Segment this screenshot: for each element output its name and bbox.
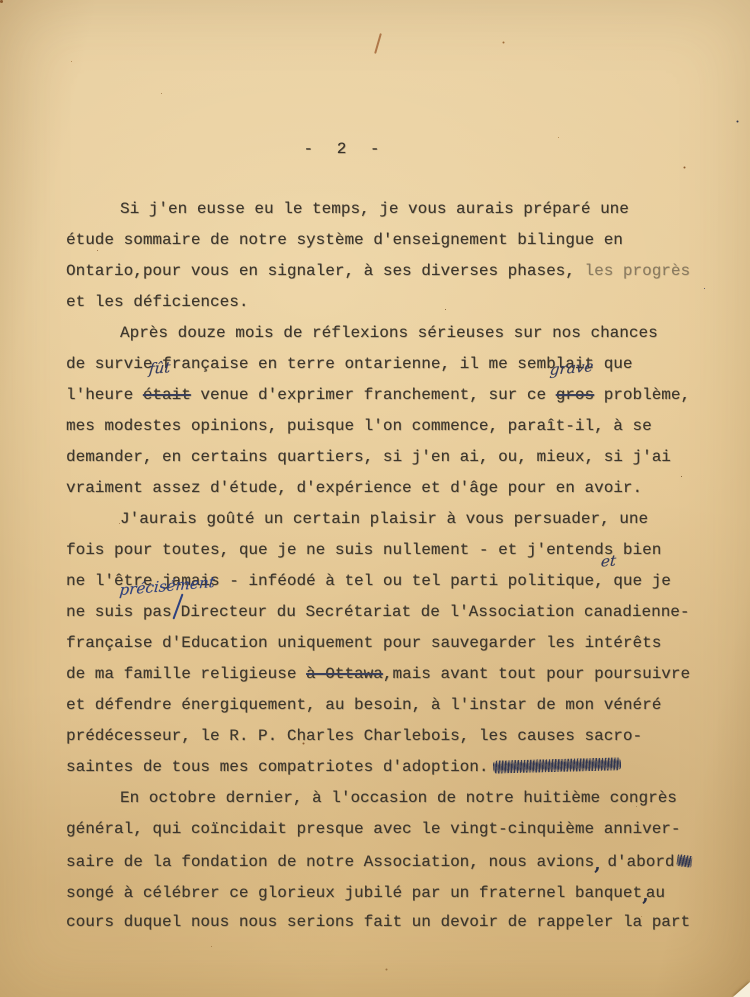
typed-line: saire de la fondation de notre Associati… — [66, 845, 726, 876]
typed-line: prédécesseur, le R. P. Charles Charleboi… — [66, 721, 726, 752]
typed-text: fois pour toutes, que je ne suis nulleme… — [66, 541, 661, 559]
typed-body: Si j'en eusse eu le temps, je vous aurai… — [66, 194, 726, 938]
document-page: - 2 - Si j'en eusse eu le temps, je vous… — [0, 0, 750, 997]
pen-slash-mark — [374, 33, 382, 54]
typed-line: J'aurais goûté un certain plaisir à vous… — [66, 504, 726, 535]
handwritten-comma: , — [594, 853, 598, 875]
typed-text: et défendre énergiquement, au besoin, à … — [66, 696, 661, 714]
typed-text: Si j'en eusse eu le temps, je vous aurai… — [120, 200, 629, 218]
typed-text: et les déficiences. — [66, 293, 248, 311]
ink-insertion-slash — [172, 601, 181, 621]
handwritten-comma: , — [642, 884, 646, 906]
typed-line: général, qui coïncidait presque avec le … — [66, 814, 726, 845]
typed-text: Après douze mois de réflexions sérieuses… — [120, 324, 658, 342]
typed-text: saire de la fondation de notre Associati… — [66, 853, 594, 871]
typed-text: mes modestes opinions, puisque l'on comm… — [66, 417, 652, 435]
typed-line: Ontario,pour vous en signaler, à ses div… — [66, 256, 726, 287]
typed-text: J'aurais goûté un certain plaisir à vous… — [120, 510, 648, 528]
typed-line: cours duquel nous nous serions fait un d… — [66, 907, 726, 938]
handwritten-annotation: fût — [147, 352, 171, 385]
struck-typed-text: à Ottawa — [306, 665, 383, 683]
typed-text: Directeur du Secrétariat de l'Associatio… — [181, 603, 690, 621]
typed-text: vraiment assez d'étude, d'expérience et … — [66, 479, 642, 497]
typed-line: Après douze mois de réflexions sérieuses… — [66, 318, 726, 349]
typed-line: fois pour toutes, que je ne suis nulleme… — [66, 535, 726, 566]
typed-line: française d'Education uniquement pour sa… — [66, 628, 726, 659]
typed-text: problème, — [594, 386, 690, 404]
ink-scribble-small — [676, 854, 693, 868]
typed-line: ne suis pasprécisémentDirecteur du Secré… — [66, 597, 726, 628]
ink-scribble — [493, 757, 621, 773]
typed-text: d'abord — [598, 853, 675, 871]
struck-typed-text: gros — [556, 386, 594, 404]
struck-typed-text: était — [143, 386, 191, 404]
typed-line: vraiment assez d'étude, d'expérience et … — [66, 473, 726, 504]
handwritten-annotation: grave — [548, 351, 594, 386]
typed-text: cours duquel nous nous serions fait un d… — [66, 913, 690, 931]
typed-text: saintes de tous mes compatriotes d'adopt… — [66, 758, 488, 776]
handwritten-annotation: et — [599, 545, 617, 577]
typed-line: et les déficiences. — [66, 287, 726, 318]
typed-line: En octobre dernier, à l'occasion de notr… — [66, 783, 726, 814]
typed-text: En octobre dernier, à l'occasion de notr… — [120, 789, 677, 807]
typed-line: demander, en certains quartiers, si j'en… — [66, 442, 726, 473]
typed-line: mes modestes opinions, puisque l'on comm… — [66, 411, 726, 442]
typed-text: française d'Education uniquement pour sa… — [66, 634, 661, 652]
typed-line: étude sommaire de notre système d'enseig… — [66, 225, 726, 256]
typed-text: général, qui coïncidait presque avec le … — [66, 820, 681, 838]
typed-line: et défendre énergiquement, au besoin, à … — [66, 690, 726, 721]
typed-line: de ma famille religieuse à Ottawa,mais a… — [66, 659, 726, 690]
typed-line: Si j'en eusse eu le temps, je vous aurai… — [66, 194, 726, 225]
typed-line: saintes de tous mes compatriotes d'adopt… — [66, 752, 726, 783]
typed-text: songé à célébrer ce glorieux jubilé par … — [66, 884, 642, 902]
corner-fold — [733, 982, 750, 997]
typed-line: songé à célébrer ce glorieux jubilé par … — [66, 876, 726, 907]
typed-text: ,mais avant tout pour poursuivre — [383, 665, 690, 683]
typed-text: au — [646, 884, 665, 902]
typed-text: Ontario,pour vous en signaler, à ses div… — [66, 262, 584, 280]
typed-text: prédécesseur, le R. P. Charles Charleboi… — [66, 727, 642, 745]
typed-text: venue d'exprimer franchement, sur ce — [191, 386, 556, 404]
page-number: - 2 - — [0, 134, 690, 165]
typed-text: les progrès — [584, 262, 690, 280]
typed-text: demander, en certains quartiers, si j'en… — [66, 448, 671, 466]
typed-text: l'heure — [66, 386, 143, 404]
typed-text: étude sommaire de notre système d'enseig… — [66, 231, 623, 249]
typed-line: l'heure fûtétait venue d'exprimer franch… — [66, 380, 726, 411]
typed-text: de ma famille religieuse — [66, 665, 306, 683]
